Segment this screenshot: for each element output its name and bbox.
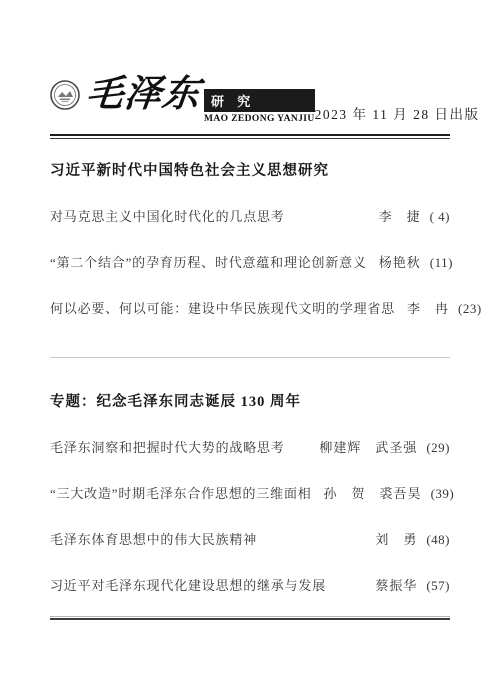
article-title: “三大改造”时期毛泽东合作思想的三维面相 — [50, 486, 312, 502]
article-row: 何以必要、何以可能：建设中华民族现代文明的学理省思 李 冉 (23) — [50, 301, 450, 317]
article-page: ( 4) — [430, 209, 450, 225]
masthead: 毛泽东 研 究 MAO ZEDONG YANJIU — [50, 78, 315, 124]
article-row: 毛泽东洞察和把握时代大势的战略思考 柳建辉 武圣强 (29) — [50, 440, 450, 456]
footer-rule — [50, 616, 450, 620]
journal-title-box: 研 究 — [204, 89, 315, 112]
journal-seal-icon — [50, 80, 80, 110]
section-divider — [50, 357, 450, 358]
article-row: 毛泽东体育思想中的伟大民族精神 刘 勇 (48) — [50, 532, 450, 548]
article-title: 对马克思主义中国化时代化的几点思考 — [50, 209, 285, 225]
article-row: 对马克思主义中国化时代化的几点思考 李 捷 ( 4) — [50, 209, 450, 225]
article-page: (11) — [430, 255, 453, 271]
article-title: 习近平对毛泽东现代化建设思想的继承与发展 — [50, 578, 326, 594]
section-heading-1: 习近平新时代中国特色社会主义思想研究 — [50, 163, 450, 179]
article-authors: 李 捷 — [379, 209, 421, 225]
article-meta: 李 捷 ( 4) — [379, 209, 450, 225]
article-row: “三大改造”时期毛泽东合作思想的三维面相 孙 贺 裘吾昊 (39) — [50, 486, 450, 502]
article-row: 习近平对毛泽东现代化建设思想的继承与发展 蔡振华 (57) — [50, 578, 450, 594]
article-row: “第二个结合”的孕育历程、时代意蕴和理论创新意义 杨艳秋 (11) — [50, 255, 450, 271]
publish-date: 2023 年 11 月 28 日出版 — [315, 103, 480, 124]
article-page: (48) — [426, 532, 450, 548]
journal-header: 毛泽东 研 究 MAO ZEDONG YANJIU 2023 年 11 月 28… — [50, 0, 450, 124]
article-page: (39) — [431, 486, 455, 502]
article-meta: 杨艳秋 (11) — [379, 255, 453, 271]
article-title: 毛泽东洞察和把握时代大势的战略思考 — [50, 440, 285, 456]
article-authors: 孙 贺 裘吾昊 — [324, 486, 422, 502]
journal-title-calligraphy: 毛泽东 — [84, 78, 202, 112]
article-title: 何以必要、何以可能：建设中华民族现代文明的学理省思 — [50, 301, 395, 317]
section-heading-2: 专题：纪念毛泽东同志诞辰 130 周年 — [50, 394, 450, 410]
article-authors: 李 冉 — [407, 301, 449, 317]
article-page: (23) — [458, 301, 482, 317]
journal-toc-page: 毛泽东 研 究 MAO ZEDONG YANJIU 2023 年 11 月 28… — [50, 0, 450, 620]
article-page: (57) — [426, 578, 450, 594]
article-authors: 杨艳秋 — [379, 255, 421, 271]
article-authors: 蔡振华 — [375, 578, 417, 594]
article-title: “第二个结合”的孕育历程、时代意蕴和理论创新意义 — [50, 255, 367, 271]
journal-title-en: MAO ZEDONG YANJIU — [204, 114, 315, 124]
article-meta: 刘 勇 (48) — [375, 532, 450, 548]
journal-title-right: 研 究 MAO ZEDONG YANJIU — [204, 78, 315, 124]
article-meta: 李 冉 (23) — [407, 301, 482, 317]
article-meta: 柳建辉 武圣强 (29) — [319, 440, 450, 456]
article-meta: 孙 贺 裘吾昊 (39) — [324, 486, 455, 502]
article-authors: 刘 勇 — [375, 532, 417, 548]
article-meta: 蔡振华 (57) — [375, 578, 450, 594]
article-page: (29) — [426, 440, 450, 456]
header-rule — [50, 134, 450, 139]
article-authors: 柳建辉 武圣强 — [319, 440, 417, 456]
article-title: 毛泽东体育思想中的伟大民族精神 — [50, 532, 257, 548]
